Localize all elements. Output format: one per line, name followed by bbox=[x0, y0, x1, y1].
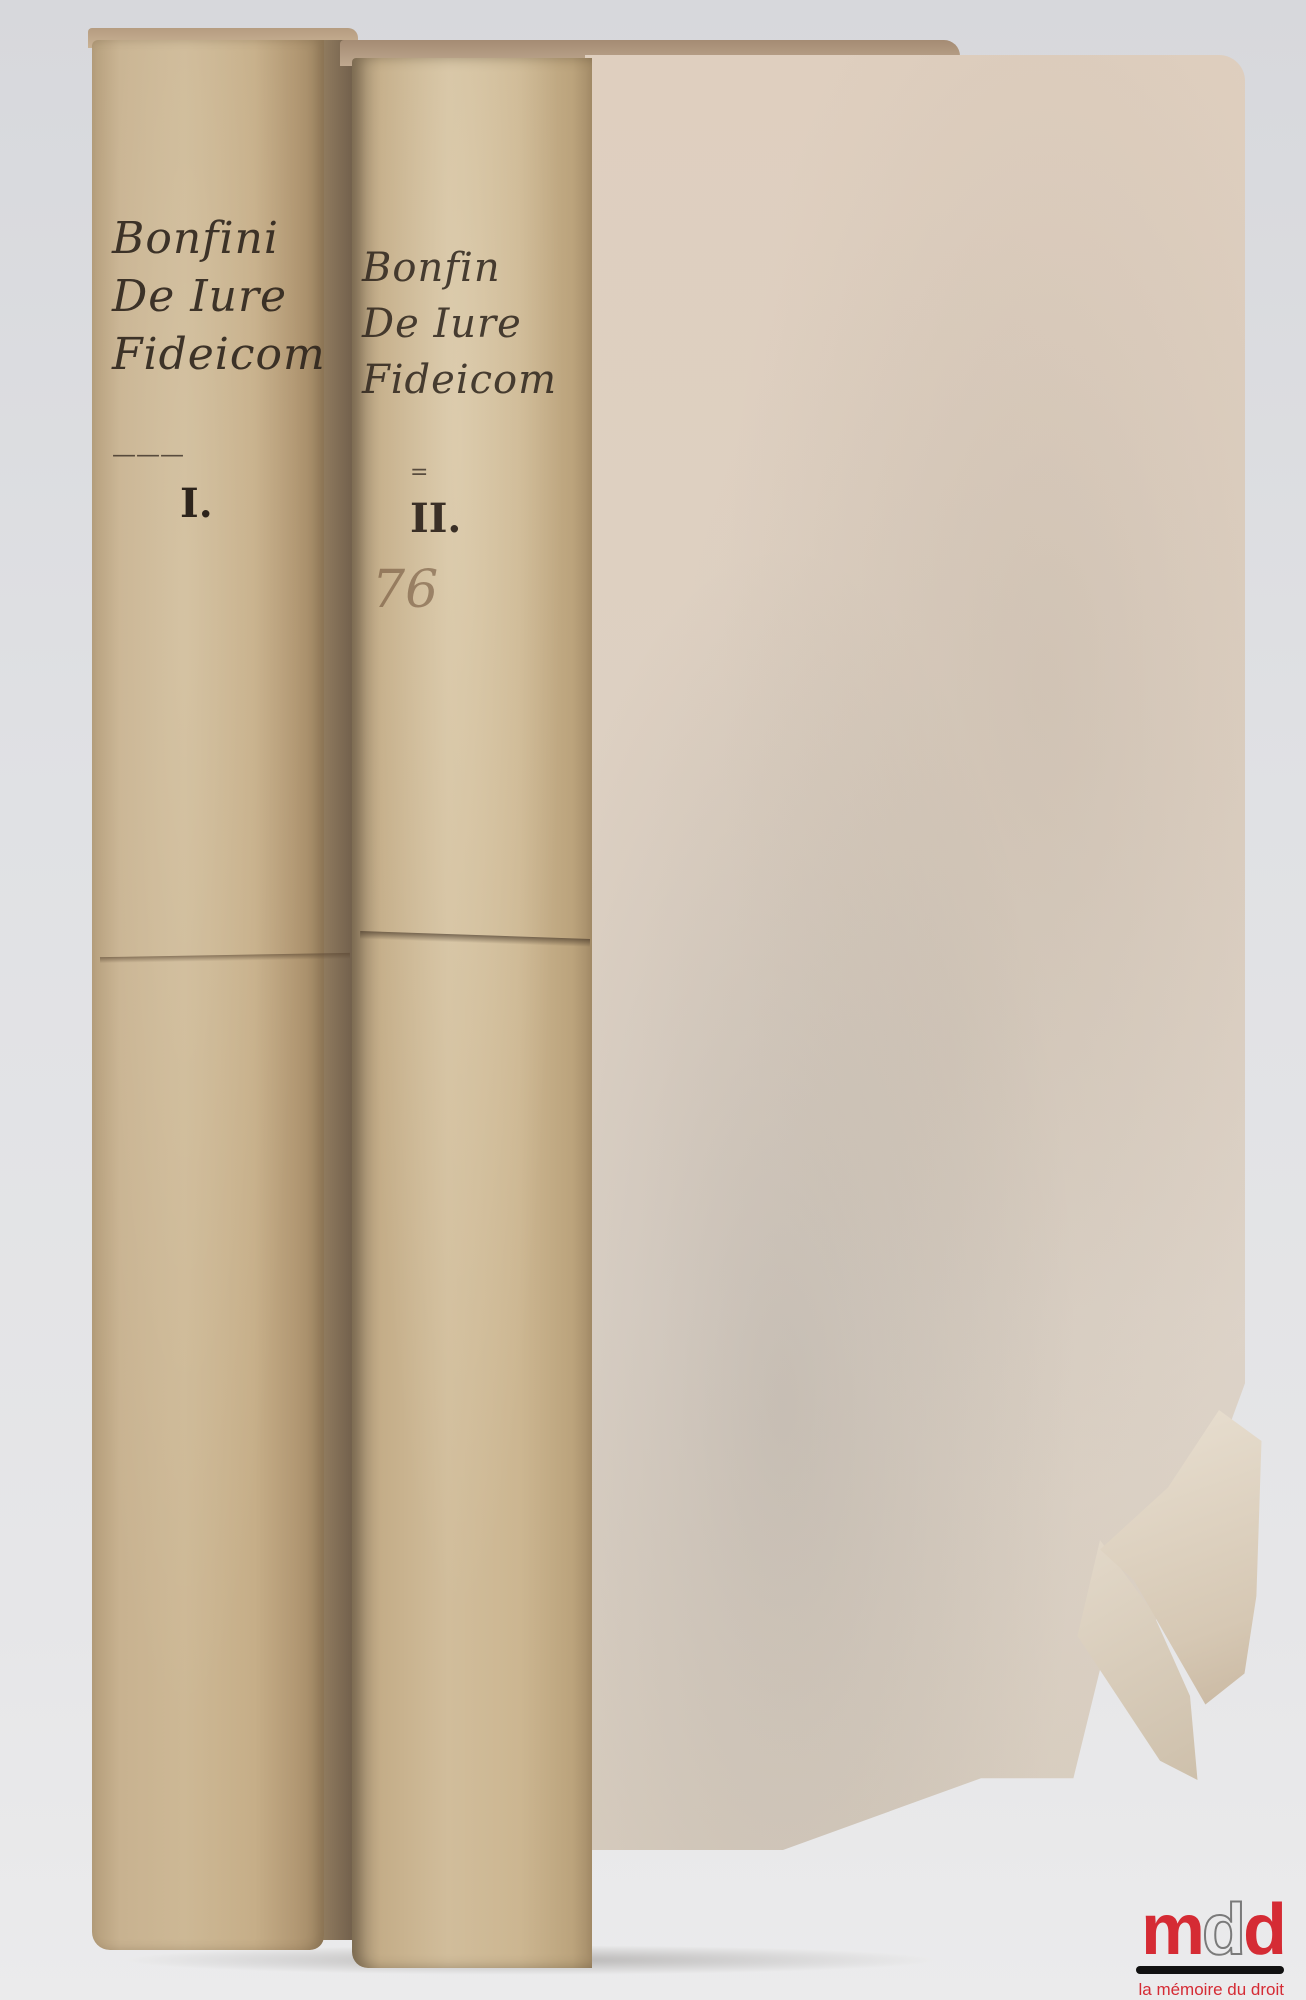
volume-1-spine-title: Bonfini De Iure Fideicom bbox=[112, 210, 326, 384]
volume-1-marks: ——— bbox=[112, 440, 184, 468]
volume-1-spine-line: Bonfini bbox=[112, 210, 326, 268]
mdd-logo: mdd la mémoire du droit bbox=[1136, 1900, 1284, 2000]
volume-2-spine-title: Bonfin De Iure Fideicom bbox=[362, 240, 557, 408]
volume-1-number: I. bbox=[180, 480, 213, 527]
logo-letter-d: d bbox=[1243, 1890, 1284, 1970]
logo-mark: mdd bbox=[1136, 1900, 1284, 1960]
volume-2-spine-line: De Iure bbox=[362, 296, 557, 352]
logo-tagline: la mémoire du droit bbox=[1136, 1980, 1284, 2000]
logo-letter-d-outline: d bbox=[1202, 1890, 1243, 1970]
volume-1-spine-line: De Iure bbox=[112, 268, 326, 326]
volume-2-number: II. bbox=[410, 495, 461, 542]
volume-1-spine-line: Fideicom bbox=[112, 326, 326, 384]
volume-2-spine-line: Fideicom bbox=[362, 352, 557, 408]
volume-2-spine-line: Bonfin bbox=[362, 240, 557, 296]
logo-letter-m: m bbox=[1141, 1890, 1202, 1970]
volume-2-marks: = bbox=[410, 460, 428, 485]
volume-2-shelf-mark: 76 bbox=[372, 560, 438, 620]
